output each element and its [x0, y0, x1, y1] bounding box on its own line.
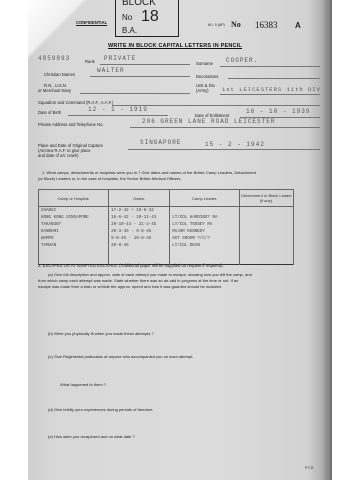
- dates-cell: 17-2-42 + 16-6-42 16-6-42 - 20-11-43 29-…: [109, 207, 170, 265]
- capture-date: 15 - 2 - 1942: [205, 141, 265, 148]
- serial-suffix: A: [295, 21, 301, 30]
- unit-value: 1st LEICESTERS 11th DIV: [222, 86, 321, 93]
- navy-label-2: or Merchant Navy: [38, 88, 71, 93]
- header-instruction: WRITE IN BLOCK CAPITAL LETTERS IN PENCIL: [108, 43, 242, 49]
- block-stamp: BLOCK No 18 B.A.: [115, 0, 179, 37]
- corner-label: CONFIDENTIAL: [76, 20, 107, 25]
- camp-name: CHANGI: [41, 208, 106, 215]
- question-c-followup: What happened to them ?: [60, 382, 106, 387]
- question-a-cont-2: escape was made from a train or vehicle …: [38, 284, 222, 289]
- enlistment-value: 16 - 10 - 1939: [246, 108, 310, 115]
- camp-name: KANBURI: [41, 229, 106, 236]
- capture-place: SINGAPORE: [140, 139, 181, 146]
- rank-label: Rank: [85, 59, 95, 64]
- capture-line: [128, 149, 320, 150]
- pto-label: P.T.O.: [305, 466, 314, 470]
- address-line: [130, 127, 320, 128]
- block-leaders-cell: [239, 207, 293, 265]
- section1-question-cont: (or Block) Leaders or, in the case of ho…: [38, 176, 182, 181]
- section1-question: 1. What camps, detachments or hospitals …: [42, 170, 256, 175]
- col-dates: Dates.: [109, 190, 170, 207]
- christian-names-value: WALTER: [97, 67, 125, 74]
- camps-table: Camp or Hospital. Dates. Camp Leader. De…: [38, 189, 294, 265]
- camp-name: HONG KONG SINGAPORE: [41, 215, 106, 222]
- christian-names-label: Christian Names: [44, 72, 75, 77]
- page-edge-shadow: [322, 0, 332, 480]
- camp-leader: [172, 208, 237, 215]
- dob-line: [68, 115, 168, 116]
- question-a: (a) Give full description and approx. da…: [48, 272, 252, 277]
- stamp-block-text: BLOCK: [122, 0, 156, 8]
- address-label: Private Address and Telephone No.: [38, 122, 104, 127]
- question-c: (c) Give Regimental particulars of anyon…: [48, 354, 193, 359]
- camp-name: TAKANUN?: [41, 222, 106, 229]
- camp-dates: 9-8-45 - 19-8-45: [111, 236, 167, 243]
- navy-line: [80, 93, 190, 94]
- question-d: (d) Give briefly your experiences during…: [48, 407, 153, 412]
- camp-leader: LT/COL DEAN: [172, 243, 237, 250]
- camp-dates: 17-2-42 + 16-6-42: [111, 208, 167, 215]
- stamp-number: 18: [141, 8, 159, 26]
- camp-name: TAMUAN: [41, 243, 106, 250]
- camp-leader: LT/COL TOOSEY RA: [172, 222, 237, 229]
- unit-label-2: (Army): [196, 88, 209, 93]
- surname-label: Surname: [196, 61, 213, 66]
- col-camp-leader: Camp Leader.: [170, 190, 240, 207]
- serial-number: 16383: [255, 20, 278, 30]
- camp-name: WAMPO: [41, 236, 106, 243]
- decorations-line: [228, 78, 320, 79]
- col-camp: Camp or Hospital.: [39, 190, 109, 207]
- leaders-cell: LT/COL HARDING? RA LT/COL TOOSEY RA MAJO…: [170, 207, 240, 265]
- camps-cell: CHANGI HONG KONG SINGAPORE TAKANUN? KANB…: [39, 207, 109, 265]
- address-value: 206 GREEN LANE ROAD LEICESTER: [142, 118, 275, 125]
- stamp-no-text: No: [122, 13, 132, 22]
- squadron-label: Squadron and Command (R.A.F., A.A.F.): [38, 100, 113, 105]
- camp-dates: 20-8-45: [111, 243, 167, 250]
- camp-leader: SGT GROOM ?/C/?: [172, 236, 237, 243]
- stamp-ba-text: B.A.: [122, 26, 137, 35]
- folded-corner: [28, 0, 88, 60]
- section2-heading: 2. ESCAPES OR ATTEMPTED ESCAPES. (Additi…: [38, 263, 224, 268]
- question-b: (b) Were you physically fit when you mad…: [48, 331, 154, 336]
- form-code: M.I. 9 (AP): [208, 23, 225, 27]
- surname-value: COOPER.: [226, 57, 258, 64]
- question-a-cont-1: from which camp each attempt was made. S…: [38, 278, 238, 283]
- army-number: 4859893: [38, 55, 70, 62]
- decorations-label: Decorations: [196, 74, 218, 79]
- surname-line: [220, 66, 320, 67]
- question-e: (e) How were you recaptured and on what …: [48, 434, 135, 439]
- camp-dates: 29-10-43 - 21-3-45: [111, 222, 167, 229]
- camp-dates: 20-3-45 - 9-8-45: [111, 229, 167, 236]
- camp-leader: LT/COL HARDING? RA: [172, 215, 237, 222]
- dob-value: 12 - 1 - 1919: [88, 106, 148, 113]
- capture-label-3: and date of a/c crash): [38, 153, 79, 158]
- camp-dates: 16-6-42 - 20-11-43: [111, 215, 167, 222]
- rank-line: [100, 64, 190, 65]
- serial-prefix: No: [231, 20, 241, 29]
- christian-names-line: [90, 76, 190, 77]
- rank-value: PRIVATE: [104, 55, 136, 62]
- col-block-leader: Detachment or Block Leader (if any).: [239, 190, 293, 207]
- unit-line: [220, 94, 320, 95]
- camp-leader: MAJOR KENNEDY: [172, 229, 237, 236]
- dob-label: Date of Birth: [38, 110, 61, 115]
